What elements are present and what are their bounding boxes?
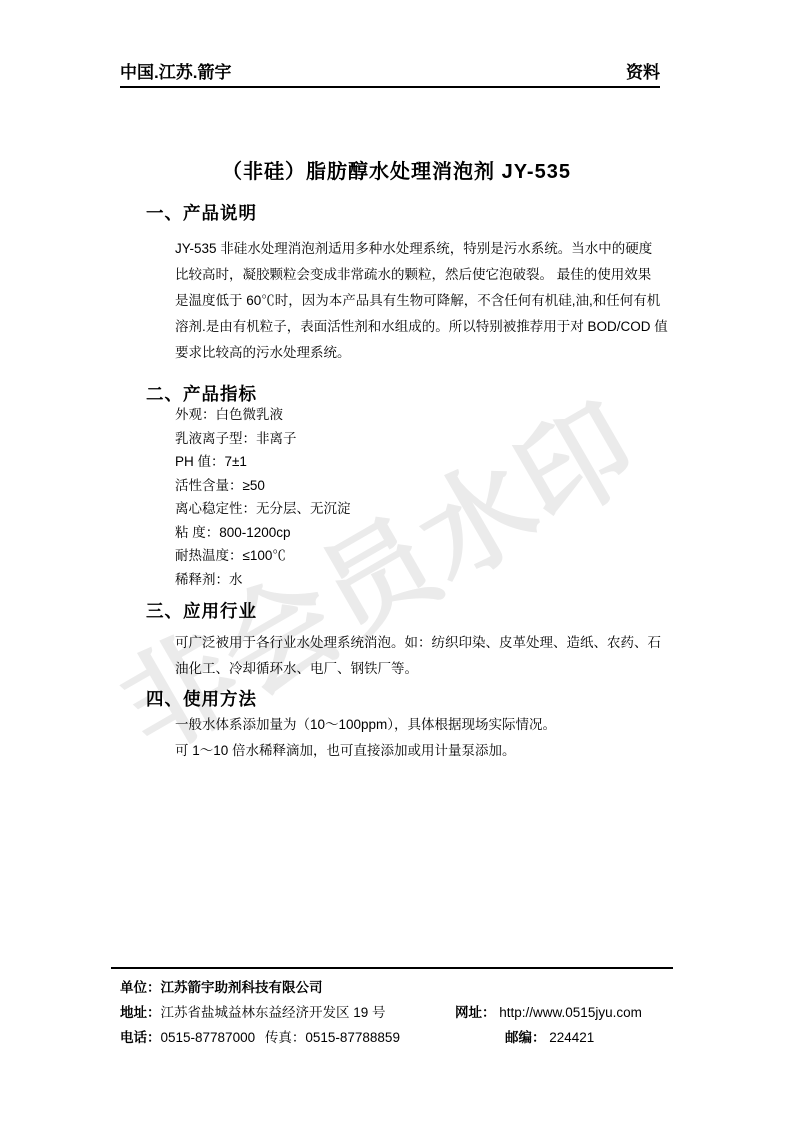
website-group: 网址： http://www.0515jyu.com bbox=[455, 1000, 642, 1025]
website-url: http://www.0515jyu.com bbox=[499, 1005, 642, 1020]
spec-item-ph: PH 值：7±1 bbox=[175, 450, 667, 474]
section-3-heading: 三、应用行业 bbox=[146, 598, 257, 623]
zip-group: 邮编： 224421 bbox=[505, 1025, 594, 1050]
spec-item-appearance: 外观：白色微乳液 bbox=[175, 403, 667, 427]
section-4-heading: 四、使用方法 bbox=[146, 686, 257, 711]
paragraph-line: 比较高时，凝胶颗粒会变成非常疏水的颗粒，然后使它泡破裂。 最佳的使用效果 bbox=[175, 262, 667, 288]
phone-label: 电话： bbox=[120, 1030, 161, 1045]
address-label: 地址： bbox=[120, 1005, 161, 1020]
section-1-body: JY-535 非硅水处理消泡剂适用多种水处理系统，特别是污水系统。当水中的硬度 … bbox=[175, 236, 667, 366]
footer-divider bbox=[111, 967, 673, 969]
page-footer: 单位：江苏箭宇助剂科技有限公司 地址：江苏省盐城益林东益经济开发区 19 号 网… bbox=[120, 975, 720, 1050]
website-label: 网址： bbox=[455, 1005, 496, 1020]
spec-item-ion-type: 乳液离子型：非离子 bbox=[175, 427, 667, 451]
spec-item-heat-resistance: 耐热温度：≤100℃ bbox=[175, 544, 667, 568]
company-label: 单位： bbox=[120, 980, 161, 995]
section-2-spec-list: 外观：白色微乳液 乳液离子型：非离子 PH 值：7±1 活性含量：≥50 离心稳… bbox=[175, 403, 667, 591]
fax-label: 传真： bbox=[265, 1030, 306, 1045]
footer-row-phone: 电话：0515-87787000 传真：0515-87788859 邮编： 22… bbox=[120, 1025, 720, 1050]
footer-row-company: 单位：江苏箭宇助剂科技有限公司 bbox=[120, 975, 720, 1000]
zip-value: 224421 bbox=[549, 1030, 594, 1045]
section-3-body: 可广泛被用于各行业水处理系统消泡。如：纺织印染、皮革处理、造纸、农药、石 油化工… bbox=[175, 630, 667, 682]
spec-item-viscosity: 粘 度：800-1200cp bbox=[175, 521, 667, 545]
phone-value: 0515-87787000 bbox=[161, 1030, 256, 1045]
paragraph-line: 油化工、冷却循环水、电厂、钢铁厂等。 bbox=[175, 656, 667, 682]
header-label: 资料 bbox=[626, 58, 660, 83]
paragraph-line: 溶剂.是由有机粒子，表面活性剂和水组成的。所以特别被推荐用于对 BOD/COD … bbox=[175, 314, 667, 340]
spec-item-diluent: 稀释剂：水 bbox=[175, 568, 667, 592]
footer-row-address: 地址：江苏省盐城益林东益经济开发区 19 号 网址： http://www.05… bbox=[120, 1000, 720, 1025]
document-content: 中国.江苏.箭宇 资料 （非硅）脂肪醇水处理消泡剂 JY-535 一、产品说明 … bbox=[0, 0, 793, 1122]
section-4-body: 一般水体系添加量为（10～100ppm），具体根据现场实际情况。 可 1～10 … bbox=[175, 712, 667, 764]
spec-item-stability: 离心稳定性：无分层、无沉淀 bbox=[175, 497, 667, 521]
page-header: 中国.江苏.箭宇 资料 bbox=[120, 58, 660, 88]
fax-value: 0515-87788859 bbox=[305, 1030, 400, 1045]
page-title: （非硅）脂肪醇水处理消泡剂 JY-535 bbox=[0, 155, 793, 184]
section-1-heading: 一、产品说明 bbox=[146, 200, 257, 225]
paragraph-line: 一般水体系添加量为（10～100ppm），具体根据现场实际情况。 bbox=[175, 712, 667, 738]
company-name: 江苏箭宇助剂科技有限公司 bbox=[161, 980, 323, 995]
document-page: 非会员水印 中国.江苏.箭宇 资料 （非硅）脂肪醇水处理消泡剂 JY-535 一… bbox=[0, 0, 793, 1122]
header-brand: 中国.江苏.箭宇 bbox=[120, 58, 231, 83]
paragraph-line: 要求比较高的污水处理系统。 bbox=[175, 340, 667, 366]
spec-item-active-content: 活性含量：≥50 bbox=[175, 474, 667, 498]
paragraph-line: JY-535 非硅水处理消泡剂适用多种水处理系统，特别是污水系统。当水中的硬度 bbox=[175, 236, 667, 262]
zip-label: 邮编： bbox=[505, 1030, 546, 1045]
address-value: 江苏省盐城益林东益经济开发区 19 号 bbox=[161, 1005, 386, 1020]
paragraph-line: 可 1～10 倍水稀释滴加，也可直接添加或用计量泵添加。 bbox=[175, 738, 667, 764]
paragraph-line: 是温度低于 60℃时，因为本产品具有生物可降解，不含任何有机硅,油,和任何有机 bbox=[175, 288, 667, 314]
paragraph-line: 可广泛被用于各行业水处理系统消泡。如：纺织印染、皮革处理、造纸、农药、石 bbox=[175, 630, 667, 656]
